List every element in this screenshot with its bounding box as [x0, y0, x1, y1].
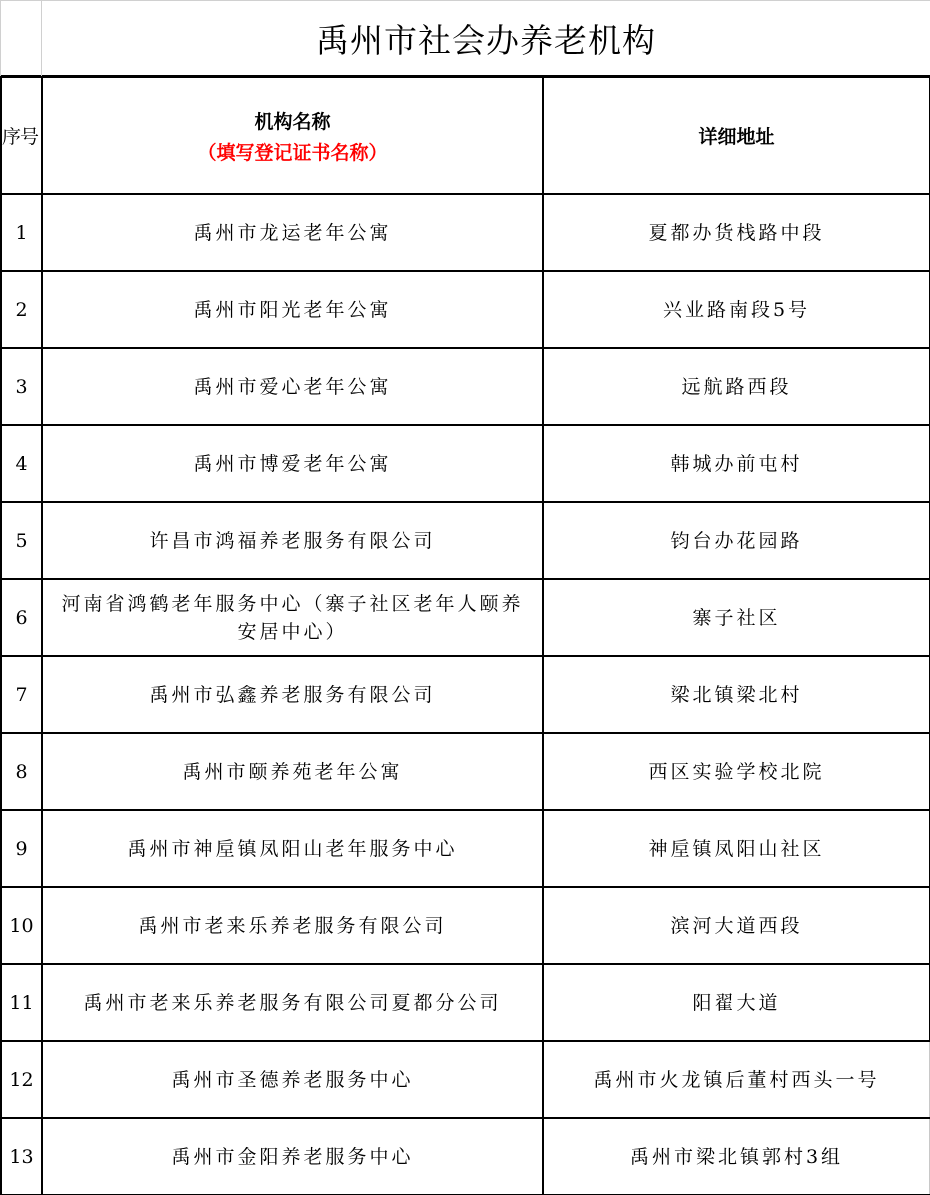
- cell-seq[interactable]: 11: [1, 964, 42, 1041]
- cell-name[interactable]: 禹州市金阳养老服务中心: [42, 1118, 543, 1195]
- table-row: 8 禹州市颐养苑老年公寓 西区实验学校北院: [1, 733, 930, 810]
- table-row: 2 禹州市阳光老年公寓 兴业路南段5号: [1, 271, 930, 348]
- cell-address[interactable]: 寨子社区: [543, 579, 930, 656]
- table-row: 1 禹州市龙运老年公寓 夏都办货栈路中段: [1, 194, 930, 271]
- cell-seq[interactable]: 2: [1, 271, 42, 348]
- header-address[interactable]: 详细地址: [543, 77, 930, 194]
- cell-name[interactable]: 禹州市阳光老年公寓: [42, 271, 543, 348]
- table-row: 11 禹州市老来乐养老服务有限公司夏都分公司 阳翟大道: [1, 964, 930, 1041]
- cell-name[interactable]: 许昌市鸿福养老服务有限公司: [42, 502, 543, 579]
- cell-seq[interactable]: 6: [1, 579, 42, 656]
- cell-address[interactable]: 夏都办货栈路中段: [543, 194, 930, 271]
- cell-address[interactable]: 西区实验学校北院: [543, 733, 930, 810]
- table-row: 3 禹州市爱心老年公寓 远航路西段: [1, 348, 930, 425]
- page-title[interactable]: 禹州市社会办养老机构: [42, 0, 930, 76]
- cell-address[interactable]: 阳翟大道: [543, 964, 930, 1041]
- cell-address[interactable]: 钧台办花园路: [543, 502, 930, 579]
- cell-address[interactable]: 神垕镇凤阳山社区: [543, 810, 930, 887]
- table-row: 4 禹州市博爱老年公寓 韩城办前屯村: [1, 425, 930, 502]
- cell-seq[interactable]: 4: [1, 425, 42, 502]
- table-row: 9 禹州市神垕镇凤阳山老年服务中心 神垕镇凤阳山社区: [1, 810, 930, 887]
- header-name-note: （填写登记证书名称）: [43, 138, 542, 165]
- table-row: 13 禹州市金阳养老服务中心 禹州市梁北镇郭村3组: [1, 1118, 930, 1195]
- cell-address[interactable]: 禹州市火龙镇后董村西头一号: [543, 1041, 930, 1118]
- title-row: 禹州市社会办养老机构: [0, 0, 930, 77]
- cell-seq[interactable]: 13: [1, 1118, 42, 1195]
- gridline: [0, 0, 1, 76]
- header-name[interactable]: 机构名称 （填写登记证书名称）: [42, 77, 543, 194]
- cell-address[interactable]: 韩城办前屯村: [543, 425, 930, 502]
- cell-name[interactable]: 禹州市老来乐养老服务有限公司: [42, 887, 543, 964]
- table-row: 10 禹州市老来乐养老服务有限公司 滨河大道西段: [1, 887, 930, 964]
- table-row: 6 河南省鸿鹤老年服务中心（寨子社区老年人颐养安居中心） 寨子社区: [1, 579, 930, 656]
- cell-seq[interactable]: 5: [1, 502, 42, 579]
- cell-name[interactable]: 禹州市龙运老年公寓: [42, 194, 543, 271]
- cell-address[interactable]: 兴业路南段5号: [543, 271, 930, 348]
- cell-name[interactable]: 禹州市弘鑫养老服务有限公司: [42, 656, 543, 733]
- cell-seq[interactable]: 1: [1, 194, 42, 271]
- cell-name[interactable]: 禹州市爱心老年公寓: [42, 348, 543, 425]
- table-header-row: 序号 机构名称 （填写登记证书名称） 详细地址: [1, 77, 930, 194]
- cell-address[interactable]: 梁北镇梁北村: [543, 656, 930, 733]
- header-seq[interactable]: 序号: [1, 77, 42, 194]
- spreadsheet: 禹州市社会办养老机构 序号 机构名称 （填写登记证书名称） 详细地址 1 禹州市…: [0, 0, 930, 1195]
- institutions-table: 序号 机构名称 （填写登记证书名称） 详细地址 1 禹州市龙运老年公寓 夏都办货…: [0, 76, 930, 1195]
- table-row: 12 禹州市圣德养老服务中心 禹州市火龙镇后董村西头一号: [1, 1041, 930, 1118]
- cell-seq[interactable]: 8: [1, 733, 42, 810]
- cell-name[interactable]: 禹州市老来乐养老服务有限公司夏都分公司: [42, 964, 543, 1041]
- cell-seq[interactable]: 3: [1, 348, 42, 425]
- cell-name[interactable]: 禹州市神垕镇凤阳山老年服务中心: [42, 810, 543, 887]
- header-name-label: 机构名称: [254, 111, 330, 133]
- cell-name[interactable]: 河南省鸿鹤老年服务中心（寨子社区老年人颐养安居中心）: [42, 579, 543, 656]
- cell-seq[interactable]: 9: [1, 810, 42, 887]
- cell-address[interactable]: 远航路西段: [543, 348, 930, 425]
- cell-address[interactable]: 禹州市梁北镇郭村3组: [543, 1118, 930, 1195]
- table-row: 5 许昌市鸿福养老服务有限公司 钧台办花园路: [1, 502, 930, 579]
- cell-name[interactable]: 禹州市博爱老年公寓: [42, 425, 543, 502]
- cell-seq[interactable]: 10: [1, 887, 42, 964]
- cell-seq[interactable]: 7: [1, 656, 42, 733]
- cell-seq[interactable]: 12: [1, 1041, 42, 1118]
- cell-address[interactable]: 滨河大道西段: [543, 887, 930, 964]
- cell-name[interactable]: 禹州市颐养苑老年公寓: [42, 733, 543, 810]
- table-row: 7 禹州市弘鑫养老服务有限公司 梁北镇梁北村: [1, 656, 930, 733]
- cell-name[interactable]: 禹州市圣德养老服务中心: [42, 1041, 543, 1118]
